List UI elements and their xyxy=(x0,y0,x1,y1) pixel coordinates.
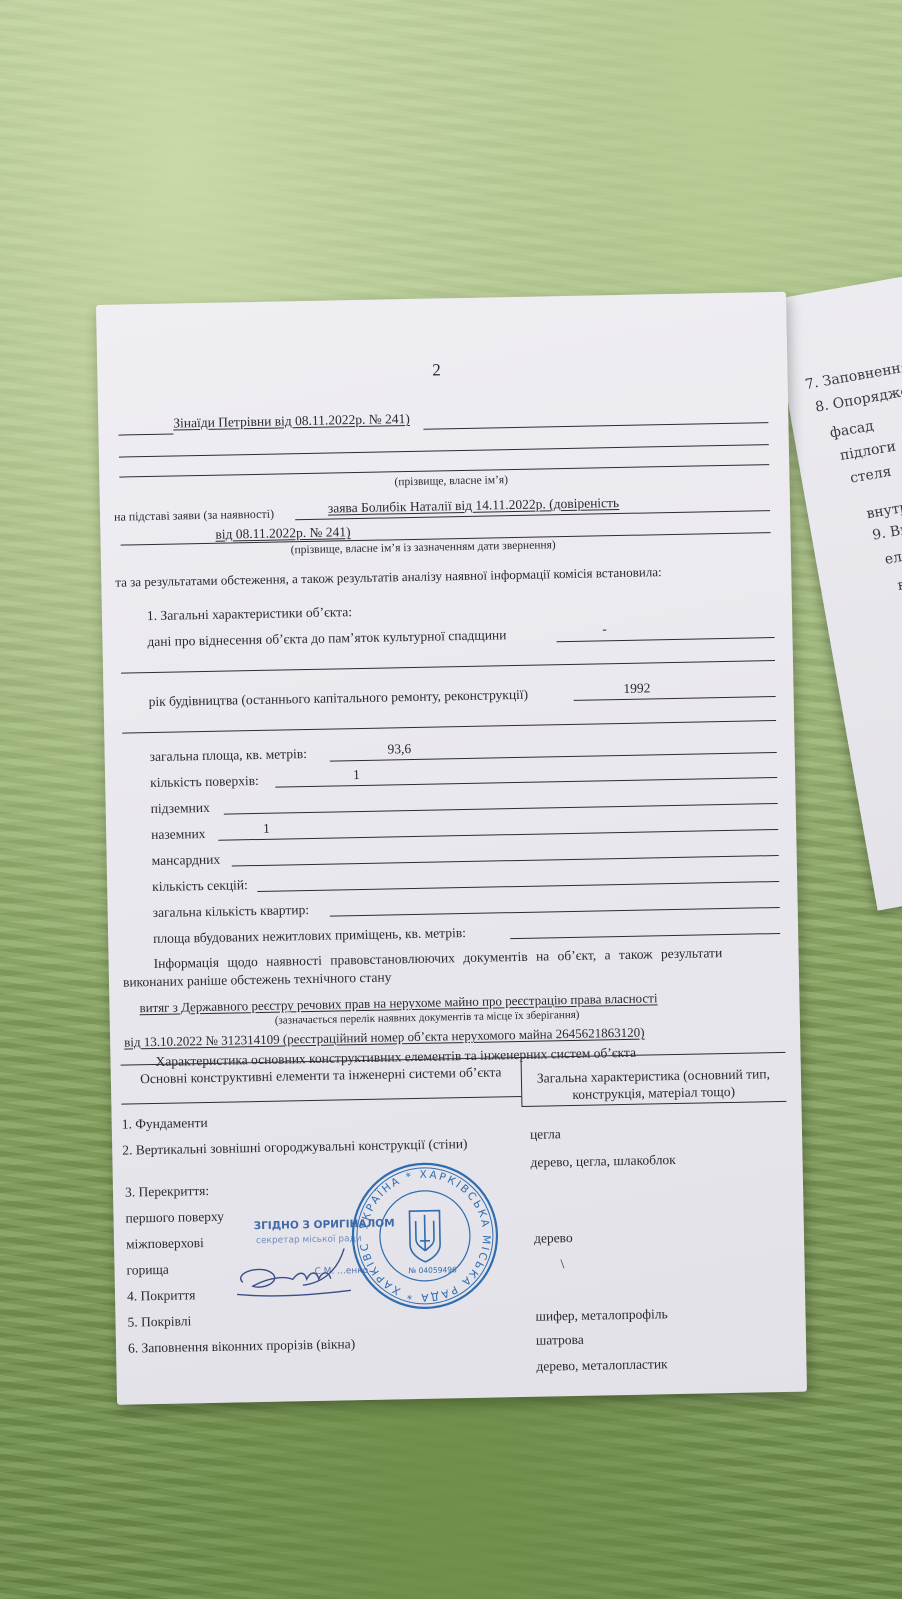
table-row-element: першого поверху xyxy=(125,1209,224,1227)
field-value-year: 1992 xyxy=(623,680,650,697)
table-row-value: цегла xyxy=(530,1126,561,1143)
field-label-area: загальна площа, кв. метрів: xyxy=(150,746,307,765)
signature-icon xyxy=(232,1240,353,1302)
field-label-underground: підземних xyxy=(151,800,210,817)
table-header-elements: Основні конструктивні елементи та інжене… xyxy=(121,1064,521,1088)
table-row-element: 4. Покриття xyxy=(127,1287,196,1304)
field-label-year: рік будівництва (останнього капітального… xyxy=(148,687,528,710)
caption-name: (прізвище, власне ім’я) xyxy=(394,474,508,488)
document-page: 2 Зінаїди Петрівни від 08.11.2022р. № 24… xyxy=(96,292,807,1405)
field-value-floors: 1 xyxy=(353,767,360,783)
page-number: 2 xyxy=(432,360,441,380)
table-row-value: дерево, цегла, шлакоблок xyxy=(530,1152,676,1171)
field-label-heritage: дані про віднесення об’єкта до пам’яток … xyxy=(147,627,506,650)
commission-statement: та за результатами обстеження, а також р… xyxy=(115,564,662,590)
field-label-apartments: загальна кількість квартир: xyxy=(153,902,310,921)
field-value-heritage: - xyxy=(602,621,607,637)
field-label-attic: мансардних xyxy=(152,852,221,869)
table-row-value: \ xyxy=(560,1256,564,1272)
documents-info: Інформація щодо наявності правовстановлю… xyxy=(154,945,723,972)
right-page-line: підлоги xyxy=(839,439,897,465)
table-row-element: горища xyxy=(126,1262,169,1279)
right-page-line: водопост xyxy=(896,567,902,594)
field-label-nonresidential: площа вбудованих нежитлових приміщень, к… xyxy=(153,925,466,947)
table-row-element: 2. Вертикальні зовнішні огороджувальні к… xyxy=(122,1136,468,1159)
table-row-value: шифер, металопрофіль xyxy=(535,1306,667,1325)
documents-info-continued: виконаних раніше обстежень технічного ст… xyxy=(123,969,392,990)
table-row-element: 3. Перекриття: xyxy=(125,1183,209,1201)
table-row-value: дерево xyxy=(534,1230,573,1247)
table-row-value: дерево, металопластик xyxy=(536,1356,668,1375)
field-value-area: 93,6 xyxy=(387,741,411,757)
field-label-aboveground: наземних xyxy=(151,826,206,843)
caption-name-date: (прізвище, власне ім’я із зазначенням да… xyxy=(291,539,556,556)
basis-label: на підставі заяви (за наявності) xyxy=(114,507,274,525)
table-row-element: міжповерхові xyxy=(126,1235,204,1252)
official-stamp-icon: УКРАЇНА * ХАРКІВСЬКА МІСЬКА РАДА * ХАРКІ… xyxy=(349,1159,502,1312)
field-value-aboveground: 1 xyxy=(263,821,270,837)
table-row-element: 1. Фундаменти xyxy=(122,1115,208,1133)
right-page-line: стеля xyxy=(849,464,893,487)
table-row-element: 5. Покрівлі xyxy=(127,1313,191,1330)
table-header-characteristics: Загальна характеристика (основний тип, к… xyxy=(521,1065,787,1104)
right-page-line: внутрішні ст xyxy=(865,490,902,522)
section-title: 1. Загальні характеристики об’єкта: xyxy=(147,604,352,624)
right-page-line: електропо xyxy=(884,539,902,568)
right-page-line: фасад xyxy=(829,418,875,441)
field-label-sections: кількість секцій: xyxy=(152,877,248,895)
field-label-floors: кількість поверхів: xyxy=(150,773,259,791)
applicant-name-value: Зінаїди Петрівни від 08.11.2022р. № 241) xyxy=(173,411,410,432)
stamp-code: № 04059496 xyxy=(408,1265,457,1275)
table-row-value: шатрова xyxy=(536,1332,584,1349)
table-row-element: 6. Заповнення віконних прорізів (вікна) xyxy=(128,1336,355,1356)
